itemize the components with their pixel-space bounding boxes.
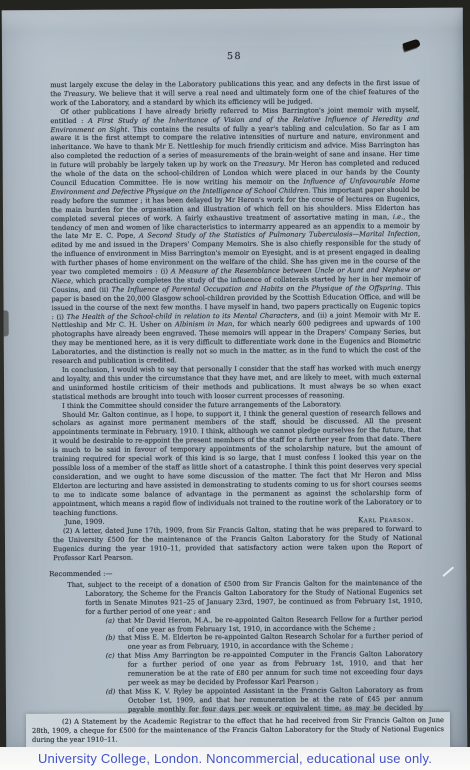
item-text: that Miss E. M. Elderton be re-appointed…: [118, 632, 423, 651]
report-paragraph: Should Mr. Galton continue, as I hope, t…: [52, 408, 422, 517]
recommendation-item-b: (b)that Miss E. M. Elderton be re-appoin…: [128, 632, 423, 652]
footer-bar: University College, London. Noncommercia…: [0, 747, 470, 770]
report-paragraph: Of other publications I have already bri…: [50, 106, 421, 367]
registrar-statement-strip: (2) A Statement by the Academic Registra…: [26, 712, 450, 750]
item-text: that Mr David Heron, M.A., be re-appoint…: [118, 615, 423, 634]
letter-section: (2) A letter, dated June 17th, 1909, fro…: [53, 525, 422, 563]
item-marker: (a): [105, 616, 114, 624]
item-marker: (d): [106, 688, 116, 696]
item-text: that Miss Amy Barrington be re-appointed…: [118, 650, 423, 687]
report-paragraph: must largely excuse the delay in the Lab…: [50, 79, 419, 108]
report-body: must largely excuse the delay in the Lab…: [50, 79, 422, 518]
report-date: June, 1909.: [65, 518, 105, 526]
statement-paragraph: (2) A Statement by the Academic Registra…: [32, 716, 444, 745]
recommendation-item-c: (c)that Miss Amy Barrington be re-appoin…: [128, 650, 423, 687]
item-marker: (c): [106, 652, 115, 660]
page-content: 58 must largely excuse the delay in the …: [2, 8, 468, 751]
paper-sheet: 58 must largely excuse the delay in the …: [2, 8, 468, 751]
footer-attribution: University College, London. Noncommercia…: [38, 751, 432, 766]
report-paragraph: In conclusion, I would wish to say that …: [52, 364, 421, 402]
signature-karl-pearson: Karl Pearson.: [358, 516, 414, 524]
item-marker: (b): [106, 634, 116, 642]
recommendation-preamble: That, subject to the receipt of a donati…: [85, 579, 422, 617]
page-number: 58: [50, 50, 419, 63]
recommended-heading: Recommended :—: [49, 568, 422, 578]
letter-paragraph: (2) A letter, dated June 17th, 1909, fro…: [53, 525, 422, 563]
scanned-document-page: { "page": { "number": "58" }, "report": …: [0, 0, 470, 770]
